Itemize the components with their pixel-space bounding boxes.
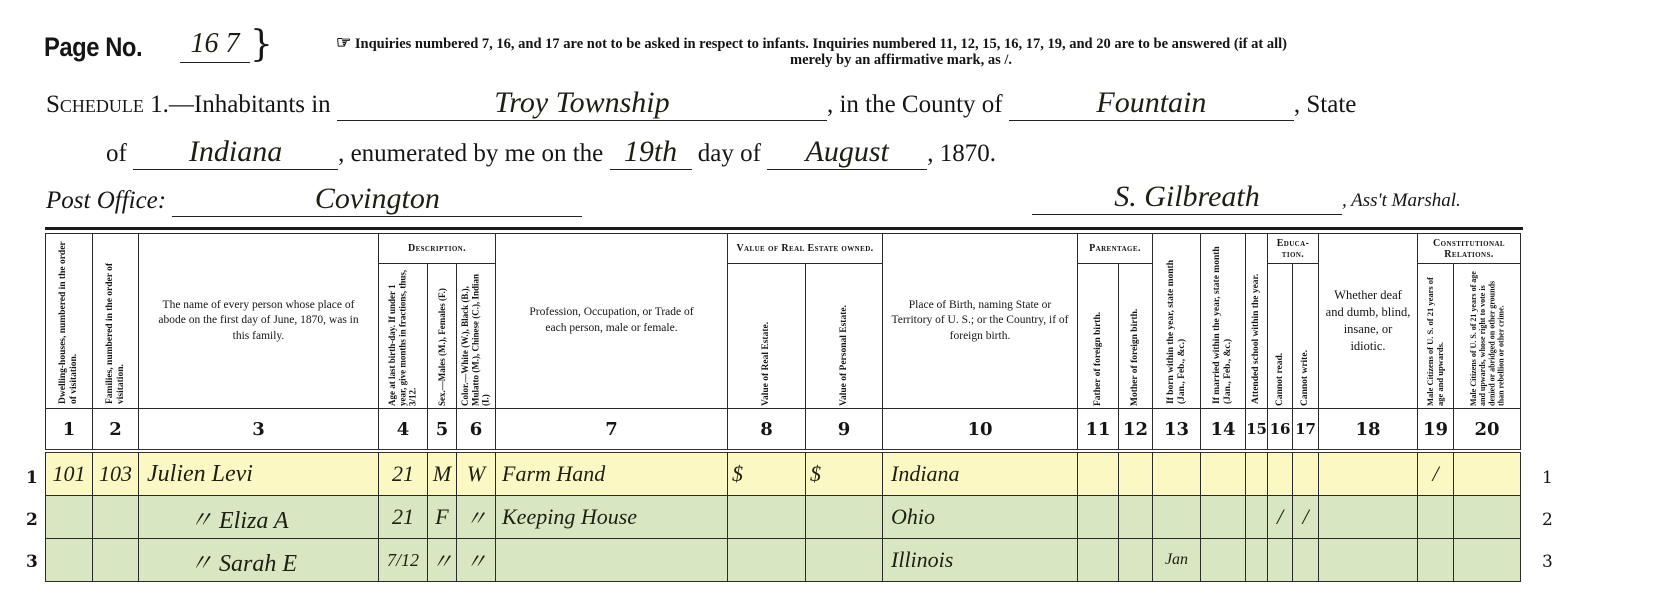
real-estate-cell <box>728 539 806 582</box>
schedule-label: Schedule 1. <box>46 91 169 118</box>
col-num: 18 <box>1319 409 1418 452</box>
inhabitants-in-label: —Inhabitants in <box>169 91 331 118</box>
dwelling-cell <box>46 496 93 539</box>
township-field: Troy Township <box>337 86 827 121</box>
personal-estate-cell: $ <box>806 451 883 496</box>
col-num: 4 <box>379 409 428 452</box>
age-cell: 21 <box>379 451 428 496</box>
page-number-label: Page No. <box>44 32 142 63</box>
col-17-header: Cannot write. <box>1293 264 1319 409</box>
occupation-cell: Keeping House <box>496 496 728 539</box>
col-1-header: Dwelling-houses, numbered in the order o… <box>46 234 93 409</box>
column-number-row: 1 2 3 4 5 6 7 8 9 10 11 12 13 14 15 16 1… <box>46 409 1521 452</box>
sex-cell: M <box>428 451 457 496</box>
col-num: 7 <box>496 409 728 452</box>
c11-cell <box>1078 539 1119 582</box>
line-number-left: 3 <box>26 552 38 572</box>
real-estate-cell: $ <box>728 451 806 496</box>
col-num: 6 <box>457 409 496 452</box>
real-estate-cell <box>728 496 806 539</box>
schedule-line: Schedule 1.—Inhabitants in Troy Township… <box>46 86 1356 121</box>
col-16-header: Cannot read. <box>1268 264 1293 409</box>
col-num: 13 <box>1153 409 1201 452</box>
col-9-header: Value of Personal Estate. <box>806 264 883 409</box>
c16-cell <box>1268 539 1293 582</box>
line-number-right: 2 <box>1542 510 1553 530</box>
parentage-group-header: Parentage. <box>1078 234 1153 264</box>
post-office-field: Covington <box>172 182 582 217</box>
col-13-header: If born within the year, state month (Ja… <box>1153 234 1201 409</box>
col-6-header: Color.—White (W.), Black (B.), Mulatto (… <box>457 264 496 409</box>
c15-cell <box>1246 451 1268 496</box>
col-15-header: Attended school within the year. <box>1246 234 1268 409</box>
c20-cell <box>1454 496 1521 539</box>
family-cell: 103 <box>93 451 139 496</box>
c15-cell <box>1246 539 1268 582</box>
col-12-header: Mother of foreign birth. <box>1119 264 1153 409</box>
col-num: 12 <box>1119 409 1153 452</box>
c14-cell <box>1201 496 1246 539</box>
enumerated-label: , enumerated by me on the <box>338 140 603 167</box>
c19-cell <box>1418 539 1454 582</box>
col-num: 2 <box>93 409 139 452</box>
day-value: 19th <box>624 135 677 168</box>
c13-cell <box>1153 496 1201 539</box>
col-num: 17 <box>1293 409 1319 452</box>
dwelling-cell <box>46 539 93 582</box>
instructions-line-2: merely by an affirmative mark, as /. <box>790 52 1012 69</box>
c20-cell <box>1454 451 1521 496</box>
c12-cell <box>1119 539 1153 582</box>
description-group-header: Description. <box>379 234 496 264</box>
birthplace-cell: Illinois <box>883 539 1078 582</box>
name-cell: 〃 Sarah E <box>139 539 379 582</box>
col-num: 3 <box>139 409 379 452</box>
state-label: , State <box>1294 91 1357 118</box>
col-num: 5 <box>428 409 457 452</box>
c17-cell <box>1293 539 1319 582</box>
sex-cell: F <box>428 496 457 539</box>
col-3-header: The name of every person whose place of … <box>139 234 379 409</box>
table-row: 101 103 Julien Levi 21 M W Farm Hand $ $… <box>46 451 1521 496</box>
real-estate-group-header: Value of Real Estate owned. <box>728 234 883 264</box>
day-field: 19th <box>610 135 692 170</box>
pointing-hand-icon: ☞ <box>336 33 351 52</box>
line-number-right: 1 <box>1542 468 1553 488</box>
col-8-header: Value of Real Estate. <box>728 264 806 409</box>
col-19-header: Male Citizens of U. S. of 21 years of ag… <box>1418 264 1454 409</box>
c13-cell: Jan <box>1153 539 1201 582</box>
constitutional-group-header: Constitutional Relations. <box>1418 234 1521 264</box>
sex-cell: 〃 <box>428 539 457 582</box>
name-cell: Julien Levi <box>139 451 379 496</box>
col-num: 1 <box>46 409 93 452</box>
table-row: 〃 Sarah E 7/12 〃 〃 Illinois Jan <box>46 539 1521 582</box>
state-field: Indiana <box>133 135 338 170</box>
post-office-label: Post Office: <box>46 187 166 214</box>
header-rule <box>45 227 1523 230</box>
instructions-line-1: Inquiries numbered 7, 16, and 17 are not… <box>355 36 1287 52</box>
census-table: Dwelling-houses, numbered in the order o… <box>45 233 1521 582</box>
col-2-header: Families, numbered in the order of visit… <box>93 234 139 409</box>
family-cell <box>93 539 139 582</box>
color-cell: 〃 <box>457 496 496 539</box>
name-cell: 〃 Eliza A <box>139 496 379 539</box>
page-number-value: 16 7 <box>180 28 250 63</box>
personal-estate-cell <box>806 539 883 582</box>
col-num: 20 <box>1454 409 1521 452</box>
col-num: 14 <box>1201 409 1246 452</box>
col-11-header: Father of foreign birth. <box>1078 264 1119 409</box>
col-18-header: Whether deaf and dumb, blind, insane, or… <box>1319 234 1418 409</box>
col-20-header: Male Citizens of U. S. of 21 years of ag… <box>1454 264 1521 409</box>
c18-cell <box>1319 539 1418 582</box>
post-office-line: Post Office: Covington <box>46 182 582 217</box>
county-field: Fountain <box>1009 86 1294 121</box>
state-value: Indiana <box>189 135 282 168</box>
post-office-value: Covington <box>315 182 440 215</box>
age-cell: 7/12 <box>379 539 428 582</box>
col-num: 9 <box>806 409 883 452</box>
brace-glyph: } <box>250 24 273 65</box>
col-num: 10 <box>883 409 1078 452</box>
c18-cell <box>1319 496 1418 539</box>
line-number-left: 2 <box>26 510 38 530</box>
col-num: 15 <box>1246 409 1268 452</box>
of-label: of <box>106 140 127 167</box>
dwelling-cell: 101 <box>46 451 93 496</box>
occupation-cell <box>496 539 728 582</box>
personal-estate-cell <box>806 496 883 539</box>
c17-cell: / <box>1293 496 1319 539</box>
c19-cell <box>1418 496 1454 539</box>
c14-cell <box>1201 539 1246 582</box>
line-number-left: 1 <box>26 468 38 488</box>
c19-cell: / <box>1418 451 1454 496</box>
c20-cell <box>1454 539 1521 582</box>
col-5-header: Sex.—Males (M.), Females (F.) <box>428 264 457 409</box>
year-label: , 1870. <box>927 140 996 167</box>
occupation-cell: Farm Hand <box>496 451 728 496</box>
month-field: August <box>767 135 927 170</box>
marshal-signature: S. Gilbreath <box>1114 180 1260 213</box>
col-num: 11 <box>1078 409 1119 452</box>
c13-cell <box>1153 451 1201 496</box>
birthplace-cell: Ohio <box>883 496 1078 539</box>
col-10-header: Place of Birth, naming State or Territor… <box>883 234 1078 409</box>
c16-cell <box>1268 451 1293 496</box>
education-group-header: Educa-tion. <box>1268 234 1319 264</box>
month-value: August <box>806 135 889 168</box>
family-cell <box>93 496 139 539</box>
c18-cell <box>1319 451 1418 496</box>
c14-cell <box>1201 451 1246 496</box>
day-of-label: day of <box>698 140 761 167</box>
marshal-label: , Ass't Marshal. <box>1342 190 1461 211</box>
c11-cell <box>1078 451 1119 496</box>
c11-cell <box>1078 496 1119 539</box>
enumeration-line: of Indiana, enumerated by me on the 19th… <box>106 135 996 170</box>
c15-cell <box>1246 496 1268 539</box>
color-cell: 〃 <box>457 539 496 582</box>
c17-cell <box>1293 451 1319 496</box>
marshal-signature-field: S. Gilbreath <box>1032 180 1342 215</box>
county-value: Fountain <box>1096 86 1206 119</box>
col-4-header: Age at last birth-day. If under 1 year, … <box>379 264 428 409</box>
color-cell: W <box>457 451 496 496</box>
c12-cell <box>1119 496 1153 539</box>
marshal-line: S. Gilbreath, Ass't Marshal. <box>1032 180 1461 215</box>
col-14-header: If married within the year, state month … <box>1201 234 1246 409</box>
c12-cell <box>1119 451 1153 496</box>
age-cell: 21 <box>379 496 428 539</box>
instructions-note: ☞ Inquiries numbered 7, 16, and 17 are n… <box>336 33 1287 53</box>
township-value: Troy Township <box>494 86 669 119</box>
col-7-header: Profession, Occupation, or Trade of each… <box>496 234 728 409</box>
table-row: 〃 Eliza A 21 F 〃 Keeping House Ohio / / <box>46 496 1521 539</box>
col-num: 8 <box>728 409 806 452</box>
line-number-right: 3 <box>1542 552 1553 572</box>
county-label: , in the County of <box>827 91 1003 118</box>
c16-cell: / <box>1268 496 1293 539</box>
col-num: 19 <box>1418 409 1454 452</box>
col-num: 16 <box>1268 409 1293 452</box>
birthplace-cell: Indiana <box>883 451 1078 496</box>
